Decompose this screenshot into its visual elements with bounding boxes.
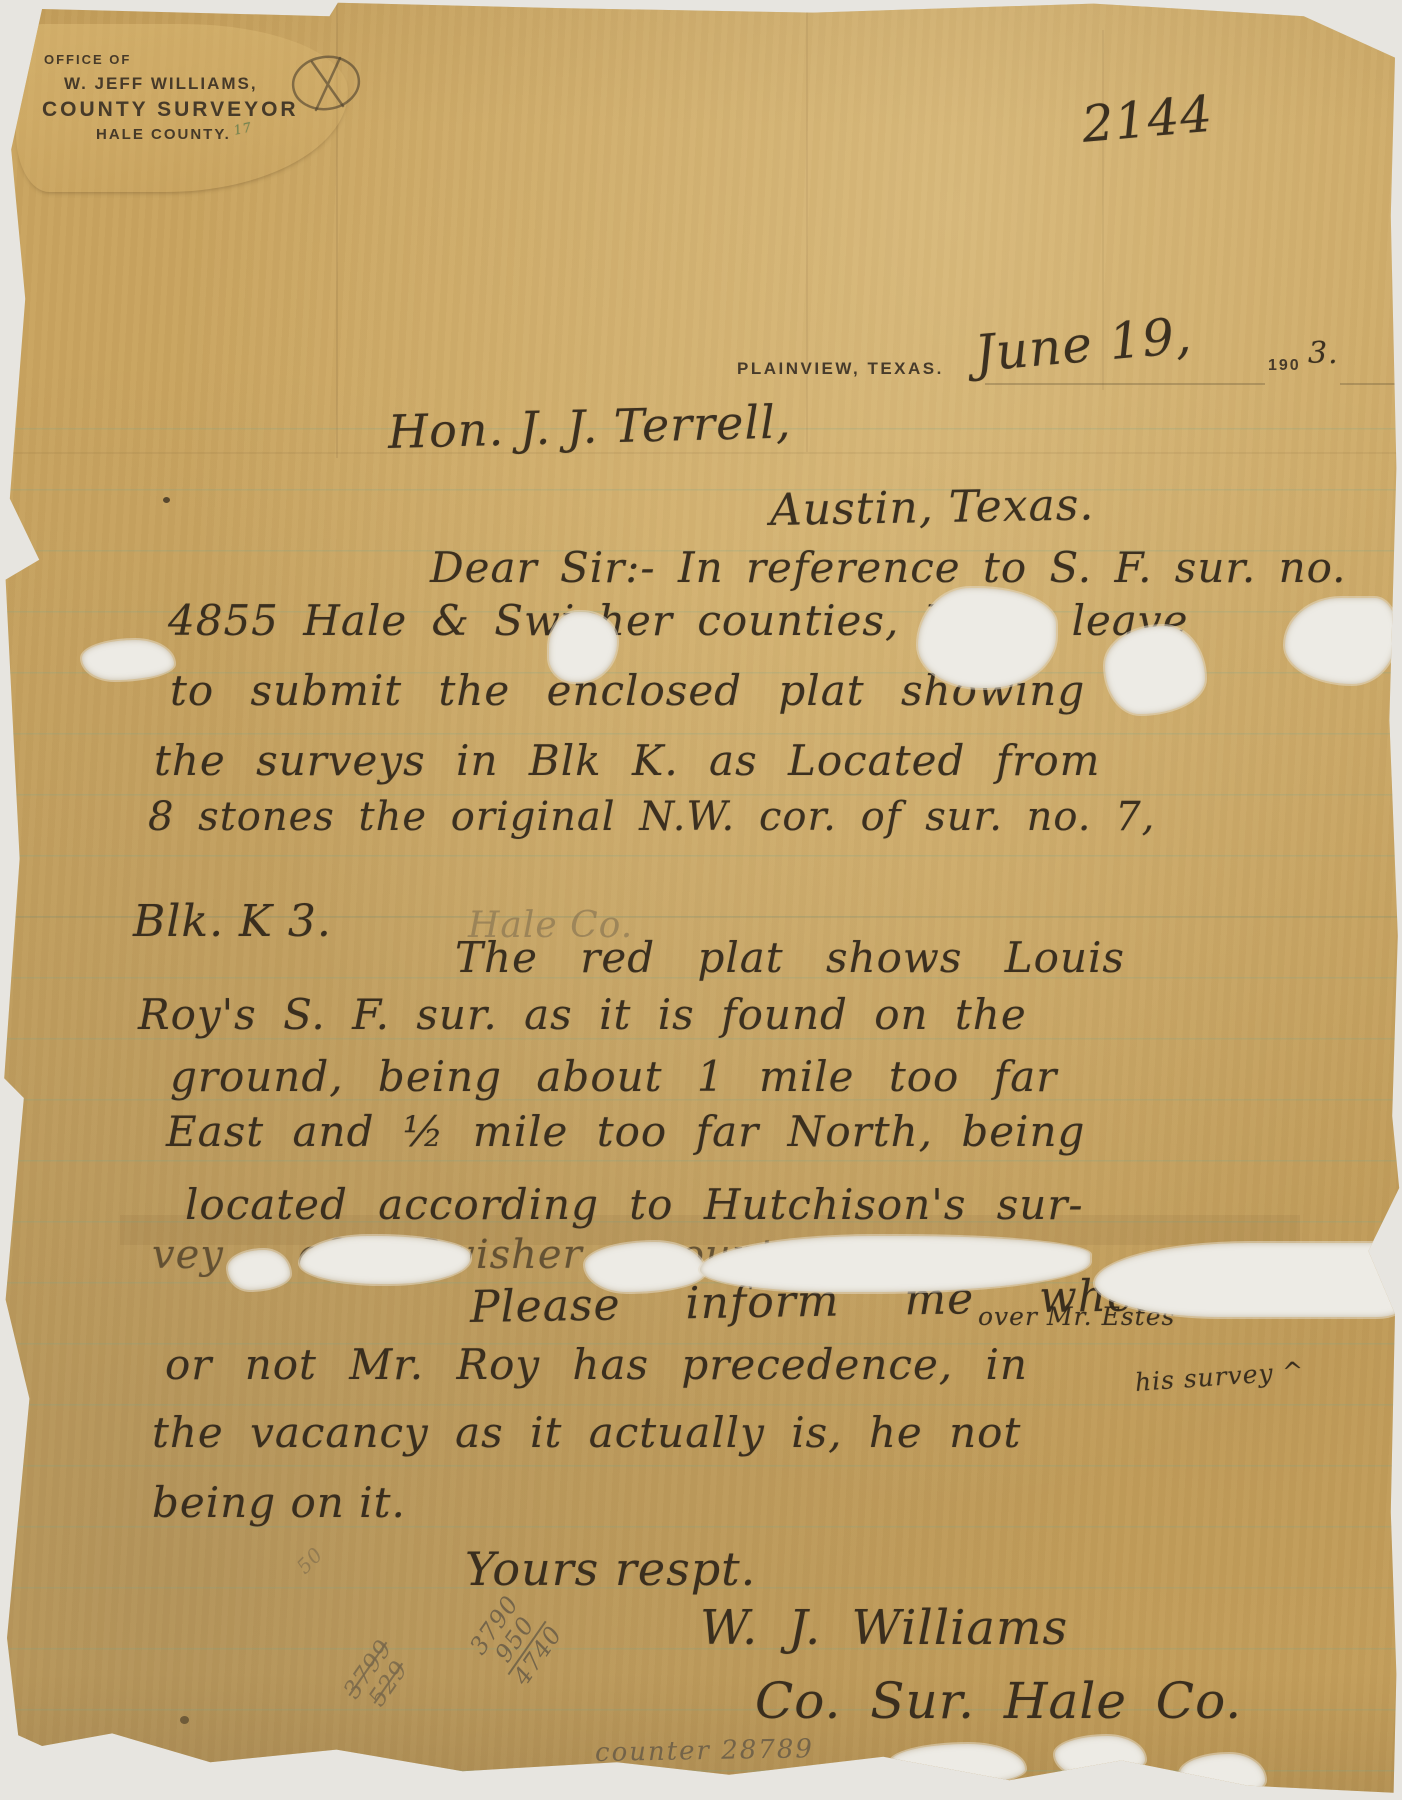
tear-hole [1180, 1754, 1265, 1798]
date-handwritten: June 19, [972, 306, 1194, 383]
scanned-letter-background: OFFICE OF W. JEFF WILLIAMS, COUNTY SURVE… [0, 0, 1402, 1800]
body-line: Blk. K 3. [133, 896, 332, 947]
letter-paper: OFFICE OF W. JEFF WILLIAMS, COUNTY SURVE… [0, 0, 1402, 1800]
body-line-salutation: Dear Sir:- In reference to S. F. sur. no… [430, 543, 1347, 592]
tear-hole [1055, 1736, 1145, 1776]
tear-hole [1095, 1243, 1402, 1317]
tear-hole [585, 1242, 705, 1292]
ink-speck [180, 1716, 189, 1724]
year-handwritten: 3. [1308, 336, 1339, 371]
letterhead-title-line: COUNTY SURVEYOR [42, 98, 299, 122]
body-line: The red plat shows Louis [455, 933, 1125, 982]
circled-x-mark [288, 52, 366, 116]
valediction: Yours respt. [465, 1542, 756, 1596]
body-line: being on it. [152, 1478, 406, 1527]
dateline-rule [985, 383, 1265, 385]
dateline-place: PLAINVIEW, TEXAS. [737, 359, 944, 379]
letterhead-office-line: OFFICE OF [44, 52, 131, 67]
year-printed: 190 [1268, 357, 1301, 375]
tear-hole [1285, 598, 1397, 684]
signature: W. J. Williams [700, 1600, 1068, 1656]
catalog-number: 2144 [1079, 85, 1215, 154]
body-line: located according to Hutchison's sur- [185, 1180, 1084, 1229]
crease-line [0, 452, 1402, 454]
tear-hole [300, 1236, 470, 1284]
body-line: ground, being about 1 mile too far [170, 1052, 1057, 1101]
body-line: Roy's S. F. sur. as it is found on the [138, 990, 1027, 1039]
body-line: the vacancy as it actually is, he not [152, 1408, 1021, 1457]
tear-hole [918, 588, 1056, 688]
tear-hole [890, 1744, 1025, 1786]
ink-dot [163, 497, 170, 503]
body-line: 8 stones the original N.W. cor. of sur. … [148, 794, 1155, 840]
crease-line [806, 0, 808, 452]
letterhead-name-line: W. JEFF WILLIAMS, [64, 74, 258, 94]
body-line: or not Mr. Roy has precedence, in [165, 1340, 1028, 1389]
tear-hole [82, 640, 174, 680]
recipient-name: Hon. J. J. Terrell, [387, 394, 792, 459]
tear-hole [228, 1250, 290, 1290]
pencil-counter-number: counter 28789 [595, 1734, 814, 1768]
recipient-address: Austin, Texas. [770, 479, 1095, 536]
body-line: East and ½ mile too far North, being [166, 1107, 1085, 1156]
letterhead-county-line: HALE COUNTY. [96, 126, 231, 143]
dateline-rule [1340, 383, 1395, 385]
body-line: the surveys in Blk K. as Located from [154, 736, 1100, 785]
signature-title: Co. Sur. Hale Co. [755, 1672, 1242, 1730]
tear-hole [1105, 626, 1205, 714]
